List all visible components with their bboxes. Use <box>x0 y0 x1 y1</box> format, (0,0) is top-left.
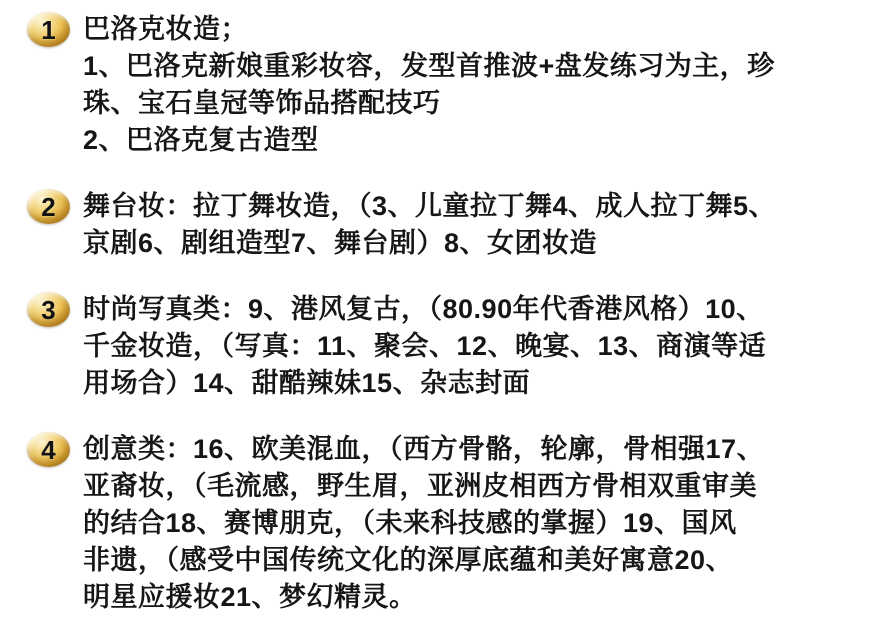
outline-section-1: 1 巴洛克妆造； 1、巴洛克新娘重彩妆容，发型首推波+盘发练习为主，珍 珠、宝石… <box>27 11 854 159</box>
text-line: 的结合18、赛博朋克，（未来科技感的掌握）19、国风 <box>83 505 764 542</box>
number-badge-3: 3 <box>27 292 70 327</box>
text-line: 1、巴洛克新娘重彩妆容，发型首推波+盘发练习为主，珍 <box>83 48 775 85</box>
text-line: 巴洛克妆造； <box>83 11 775 48</box>
number-badge-2: 2 <box>27 189 70 224</box>
text-line: 用场合）14、甜酷辣妹15、杂志封面 <box>83 365 766 402</box>
text-line: 创意类：16、欧美混血，（西方骨骼，轮廓，骨相强17、 <box>83 431 764 468</box>
number-badge-1: 1 <box>27 12 70 47</box>
text-line: 舞台妆：拉丁舞妆造，（3、儿童拉丁舞4、成人拉丁舞5、 <box>83 188 776 225</box>
outline-section-4: 4 创意类：16、欧美混血，（西方骨骼，轮廓，骨相强17、 亚裔妆，（毛流感，野… <box>27 431 854 616</box>
text-line: 京剧6、剧组造型7、舞台剧）8、女团妆造 <box>83 225 776 262</box>
text-line: 时尚写真类：9、港风复古，（80.90年代香港风格）10、 <box>83 291 766 328</box>
number-badge-4: 4 <box>27 432 70 467</box>
section-4-text: 创意类：16、欧美混血，（西方骨骼，轮廓，骨相强17、 亚裔妆，（毛流感，野生眉… <box>83 431 764 616</box>
text-line: 明星应援妆21、梦幻精灵。 <box>83 579 764 616</box>
badge-number-label: 1 <box>41 17 55 43</box>
text-line: 2、巴洛克复古造型 <box>83 122 775 159</box>
badge-number-label: 2 <box>41 194 55 220</box>
text-line: 千金妆造，（写真：11、聚会、12、晚宴、13、商演等适 <box>83 328 766 365</box>
section-3-text: 时尚写真类：9、港风复古，（80.90年代香港风格）10、 千金妆造，（写真：1… <box>83 291 766 402</box>
section-1-text: 巴洛克妆造； 1、巴洛克新娘重彩妆容，发型首推波+盘发练习为主，珍 珠、宝石皇冠… <box>83 11 775 159</box>
text-line: 非遗，（感受中国传统文化的深厚底蕴和美好寓意20、 <box>83 542 764 579</box>
course-outline-page: 1 巴洛克妆造； 1、巴洛克新娘重彩妆容，发型首推波+盘发练习为主，珍 珠、宝石… <box>0 0 880 618</box>
section-2-text: 舞台妆：拉丁舞妆造，（3、儿童拉丁舞4、成人拉丁舞5、 京剧6、剧组造型7、舞台… <box>83 188 776 262</box>
outline-section-3: 3 时尚写真类：9、港风复古，（80.90年代香港风格）10、 千金妆造，（写真… <box>27 291 854 402</box>
text-line: 亚裔妆，（毛流感，野生眉，亚洲皮相西方骨相双重审美 <box>83 468 764 505</box>
badge-number-label: 3 <box>41 297 55 323</box>
outline-section-2: 2 舞台妆：拉丁舞妆造，（3、儿童拉丁舞4、成人拉丁舞5、 京剧6、剧组造型7、… <box>27 188 854 262</box>
text-line: 珠、宝石皇冠等饰品搭配技巧 <box>83 85 775 122</box>
badge-number-label: 4 <box>41 437 55 463</box>
